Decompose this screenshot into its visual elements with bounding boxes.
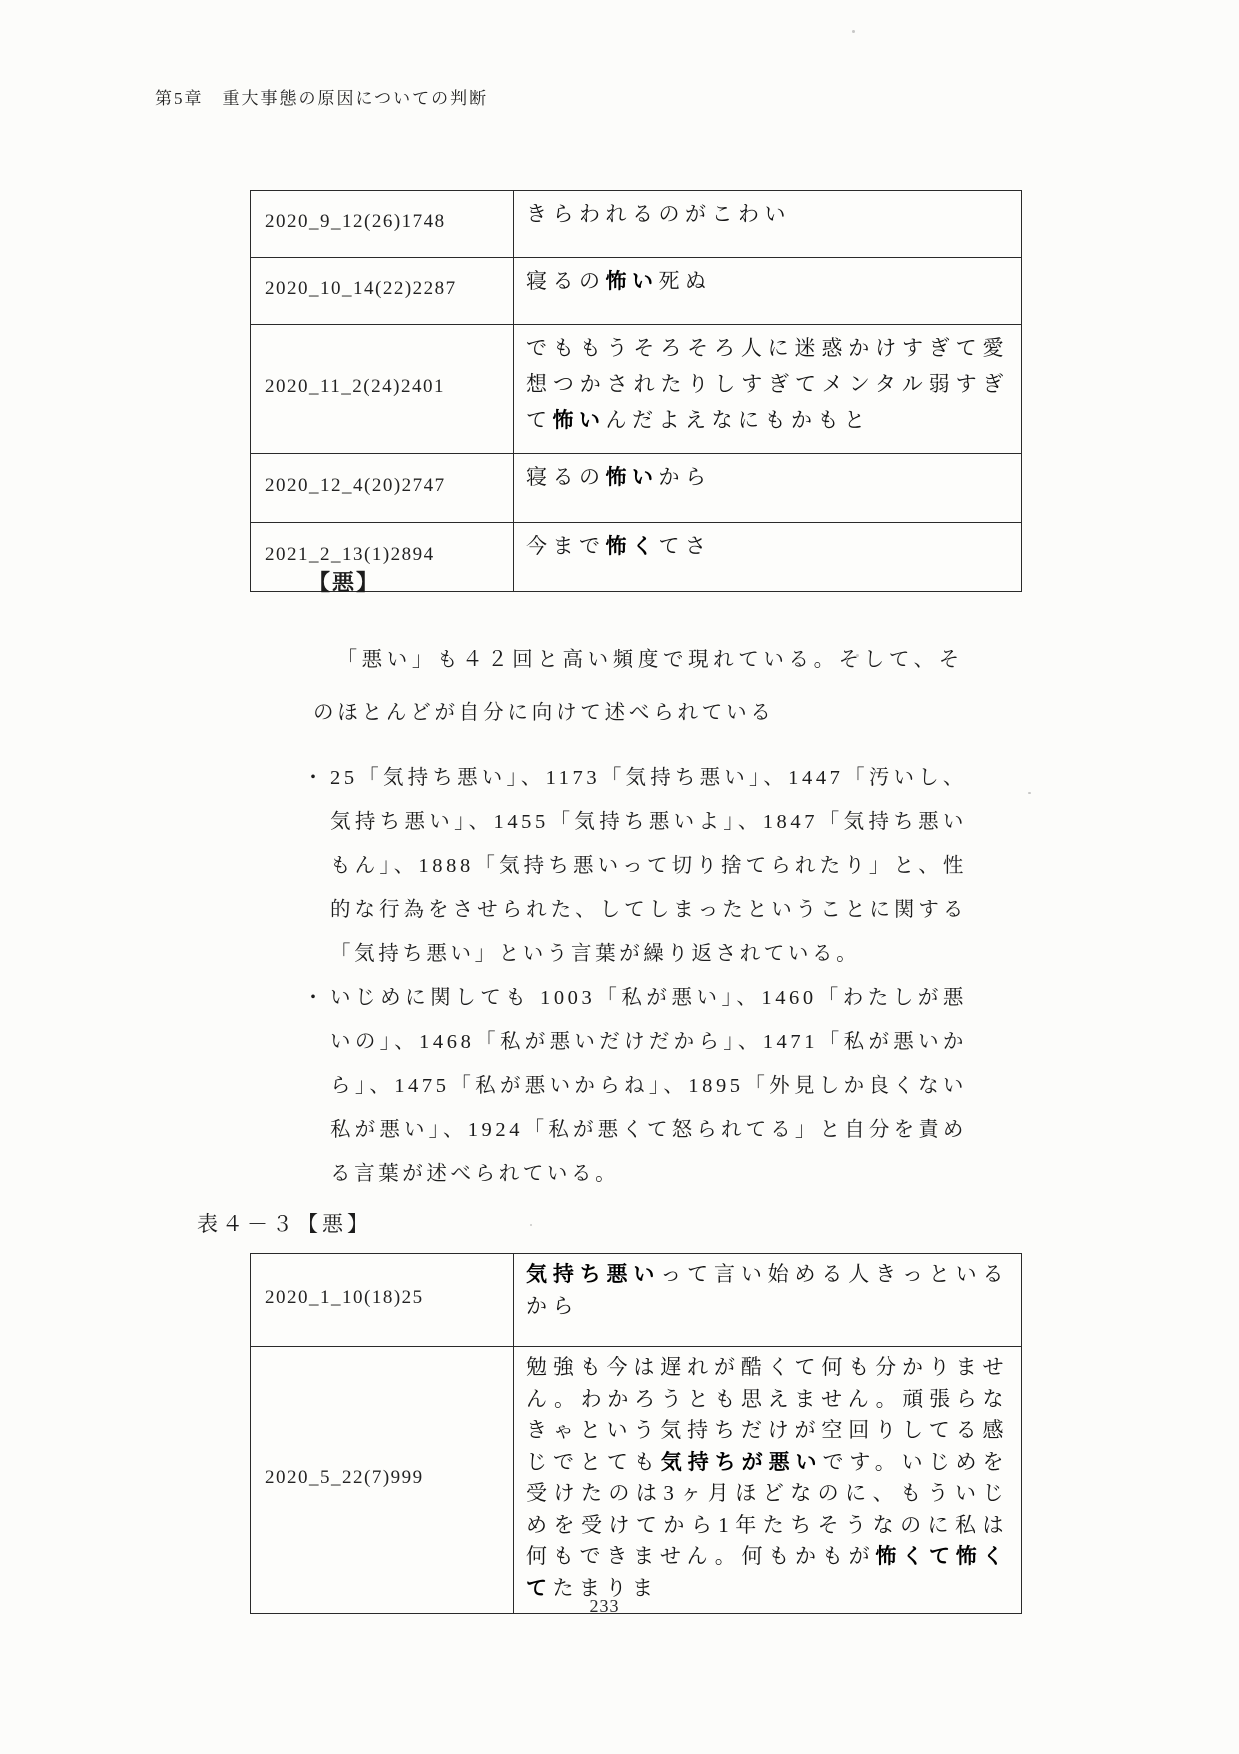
intro-paragraph: 「悪い」も４２回と高い頻度で現れている。そして、そのほとんどが自分に向けて述べら… bbox=[313, 634, 963, 740]
table-row: 2020_1_10(18)25 気持ち悪いって言い始める人きっといるから bbox=[251, 1254, 1022, 1347]
scan-speck bbox=[852, 30, 855, 33]
section-heading: 【悪】 bbox=[308, 566, 380, 597]
entry-id: 2020_11_2(24)2401 bbox=[251, 325, 514, 454]
entry-id: 2020_5_22(7)999 bbox=[251, 1347, 514, 1614]
entry-text: 気持ち悪いって言い始める人きっといるから bbox=[514, 1254, 1022, 1347]
entry-text: 寝るの怖いから bbox=[514, 454, 1022, 523]
scan-speck bbox=[1028, 792, 1031, 794]
table-row: 2020_9_12(26)1748 きらわれるのがこわい bbox=[251, 191, 1022, 258]
quote-table-kowai: 2020_9_12(26)1748 きらわれるのがこわい 2020_10_14(… bbox=[250, 190, 1022, 592]
entry-id: 2021_2_13(1)2894 bbox=[251, 523, 514, 592]
table-row: 2020_10_14(22)2287 寝るの怖い死ぬ bbox=[251, 258, 1022, 325]
table-row: 2020_12_4(20)2747 寝るの怖いから bbox=[251, 454, 1022, 523]
entry-text: 寝るの怖い死ぬ bbox=[514, 258, 1022, 325]
entry-id: 2020_12_4(20)2747 bbox=[251, 454, 514, 523]
bullet-marker: ・ bbox=[303, 976, 330, 1020]
entry-id: 2020_1_10(18)25 bbox=[251, 1254, 514, 1347]
bullet-list: ・ 25「気持ち悪い」、1173「気持ち悪い」、1447「汚いし、気持ち悪い」、… bbox=[303, 756, 967, 1196]
bullet-item: ・ 25「気持ち悪い」、1173「気持ち悪い」、1447「汚いし、気持ち悪い」、… bbox=[303, 756, 967, 976]
bullet-marker: ・ bbox=[303, 756, 330, 800]
entry-text: 今まで怖くてさ bbox=[514, 523, 1022, 592]
table-row: 2020_5_22(7)999 勉強も今は遅れが酷くて何も分かりません。わかろう… bbox=[251, 1347, 1022, 1614]
bullet-text: 25「気持ち悪い」、1173「気持ち悪い」、1447「汚いし、気持ち悪い」、14… bbox=[330, 756, 967, 976]
table-caption: 表４－３【悪】 bbox=[197, 1208, 372, 1238]
page-number: 233 bbox=[0, 1596, 1209, 1617]
entry-text: 勉強も今は遅れが酷くて何も分かりません。わかろうとも思えません。頑張らなきゃとい… bbox=[514, 1347, 1022, 1614]
entry-id: 2020_10_14(22)2287 bbox=[251, 258, 514, 325]
scan-speck bbox=[856, 654, 859, 657]
bullet-item: ・ いじめに関しても 1003「私が悪い」、1460「わたしが悪いの」、1468… bbox=[303, 976, 967, 1196]
document-page: 第5章 重大事態の原因についての判断 2020_9_12(26)1748 きらわ… bbox=[0, 0, 1239, 1754]
scan-speck bbox=[530, 1224, 532, 1226]
entry-text: でももうそろそろ人に迷惑かけすぎて愛想つかされたりしすぎてメンタル弱すぎて怖いん… bbox=[514, 325, 1022, 454]
bullet-text: いじめに関しても 1003「私が悪い」、1460「わたしが悪いの」、1468「私… bbox=[330, 976, 967, 1196]
table-row: 2020_11_2(24)2401 でももうそろそろ人に迷惑かけすぎて愛想つかさ… bbox=[251, 325, 1022, 454]
chapter-header: 第5章 重大事態の原因についての判断 bbox=[155, 84, 488, 109]
entry-text: きらわれるのがこわい bbox=[514, 191, 1022, 258]
entry-id: 2020_9_12(26)1748 bbox=[251, 191, 514, 258]
quote-table-warui: 2020_1_10(18)25 気持ち悪いって言い始める人きっといるから 202… bbox=[250, 1253, 1022, 1614]
